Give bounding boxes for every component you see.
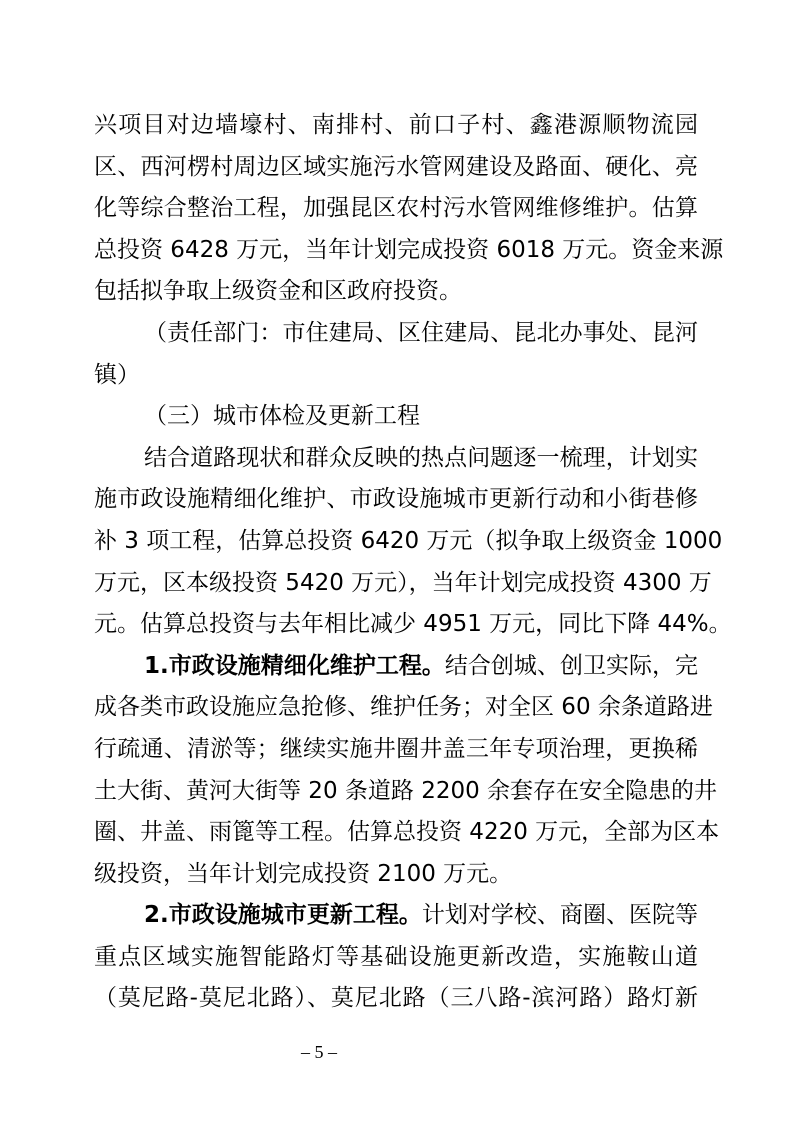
text-line: 兴项目对边墙壕村、南排村、前口子村、鑫港源顺物流园: [94, 105, 698, 147]
document-page: 兴项目对边墙壕村、南排村、前口子村、鑫港源顺物流园 区、西河楞村周边区域实施污水…: [0, 0, 793, 1122]
text-line: 土大街、黄河大街等 20 条道路 2200 余套存在安全隐患的井: [94, 771, 698, 813]
text-line: 化等综合整治工程，加强昆区农村污水管网维修维护。估算: [94, 188, 698, 230]
item-2-title: 2.市政设施城市更新工程。: [144, 902, 422, 928]
text-line: 补 3 项工程，估算总投资 6420 万元（拟争取上级资金 1000: [94, 521, 698, 563]
text-line: 施市政设施精细化维护、市政设施城市更新行动和小街巷修: [94, 479, 698, 521]
page-number: – 5 –: [0, 1040, 638, 1064]
item-1-title: 1.市政设施精细化维护工程。: [144, 653, 445, 679]
text-line: 圈、井盖、雨篦等工程。估算总投资 4220 万元，全部为区本: [94, 812, 698, 854]
paragraph-project-continuation: 兴项目对边墙壕村、南排村、前口子村、鑫港源顺物流园 区、西河楞村周边区域实施污水…: [94, 105, 698, 313]
paragraph-section-summary: 结合道路现状和群众反映的热点问题逐一梳理，计划实 施市政设施精细化维护、市政设施…: [94, 438, 698, 646]
body-text: 兴项目对边墙壕村、南排村、前口子村、鑫港源顺物流园 区、西河楞村周边区域实施污水…: [94, 105, 698, 1020]
text-line: 元。估算总投资与去年相比减少 4951 万元，同比下降 44%。: [94, 604, 698, 646]
text-line: （莫尼路-莫尼北路）、莫尼北路（三八路-滨河路）路灯新: [94, 978, 698, 1020]
paragraph-item-2: 2.市政设施城市更新工程。计划对学校、商圈、医院等 重点区域实施智能路灯等基础设…: [94, 895, 698, 1020]
paragraph-responsible-departments: （责任部门：市住建局、区住建局、昆北办事处、昆河 镇）: [94, 313, 698, 396]
text-line: 镇）: [94, 355, 698, 397]
paragraph-item-1: 1.市政设施精细化维护工程。结合创城、创卫实际，完 成各类市政设施应急抢修、维护…: [94, 646, 698, 896]
text-line: 行疏通、清淤等；继续实施井圈井盖三年专项治理，更换稀: [94, 729, 698, 771]
text-line: 总投资 6428 万元，当年计划完成投资 6018 万元。资金来源: [94, 230, 698, 272]
text-line: 级投资，当年计划完成投资 2100 万元。: [94, 854, 698, 896]
section-heading-text: （三）城市体检及更新工程: [94, 396, 698, 438]
text-line: 结合道路现状和群众反映的热点问题逐一梳理，计划实: [94, 438, 698, 480]
text-line: 成各类市政设施应急抢修、维护任务；对全区 60 余条道路进: [94, 687, 698, 729]
item-2-text: 计划对学校、商圈、医院等: [422, 902, 698, 928]
text-line: 包括拟争取上级资金和区政府投资。: [94, 271, 698, 313]
text-line: （责任部门：市住建局、区住建局、昆北办事处、昆河: [94, 313, 698, 355]
text-line: 1.市政设施精细化维护工程。结合创城、创卫实际，完: [94, 646, 698, 688]
text-line: 万元，区本级投资 5420 万元），当年计划完成投资 4300 万: [94, 563, 698, 605]
text-line: 区、西河楞村周边区域实施污水管网建设及路面、硬化、亮: [94, 147, 698, 189]
text-line: 2.市政设施城市更新工程。计划对学校、商圈、医院等: [94, 895, 698, 937]
section-heading: （三）城市体检及更新工程: [94, 396, 698, 438]
item-1-text: 结合创城、创卫实际，完: [445, 653, 698, 679]
text-line: 重点区域实施智能路灯等基础设施更新改造，实施鞍山道: [94, 937, 698, 979]
